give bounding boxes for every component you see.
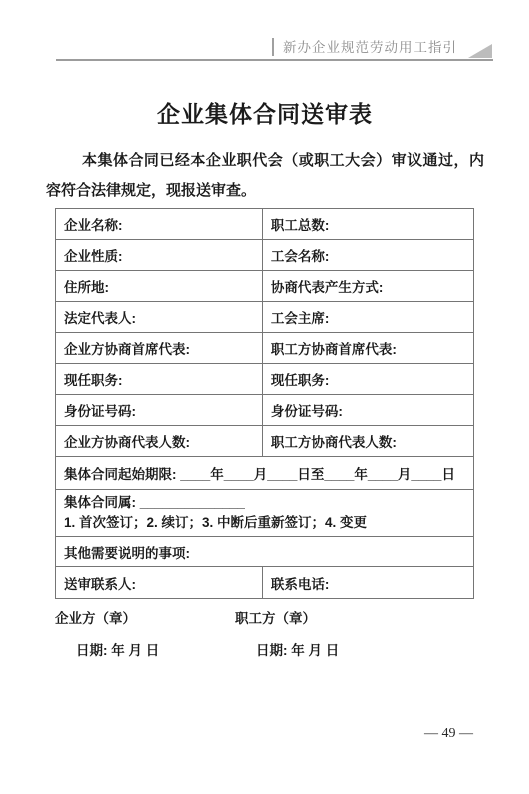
field-current-position-left: 现任职务: xyxy=(56,364,263,395)
field-address: 住所地: xyxy=(56,271,263,302)
page-header: 新办企业规范劳动用工指引 xyxy=(56,0,493,61)
signature-block: 企业方（章） 日期: 年 月 日 职工方（章） 日期: 年 月 日 xyxy=(55,607,475,659)
table-row: 现任职务: 现任职务: xyxy=(56,364,474,395)
company-date-label: 日期: 年 月 日 xyxy=(55,639,235,659)
field-employee-chief-rep: 职工方协商首席代表: xyxy=(262,333,473,364)
header-divider xyxy=(272,38,274,56)
table-row: 企业性质: 工会名称: xyxy=(56,240,474,271)
table-row: 企业方协商首席代表: 职工方协商首席代表: xyxy=(56,333,474,364)
employee-seal-label: 职工方（章） xyxy=(235,607,415,627)
employee-signature: 职工方（章） 日期: 年 月 日 xyxy=(235,607,415,659)
contract-type-blank: 集体合同属: ______________ xyxy=(64,493,465,513)
field-id-number-right: 身份证号码: xyxy=(262,395,473,426)
book-page: 新办企业规范劳动用工指引 企业集体合同送审表 本集体合同已经本企业职代会（或职工… xyxy=(0,0,529,794)
form-title: 企业集体合同送审表 xyxy=(46,96,484,129)
company-signature: 企业方（章） 日期: 年 月 日 xyxy=(55,607,235,659)
field-other-notes: 其他需要说明的事项: xyxy=(56,537,474,567)
field-current-position-right: 现任职务: xyxy=(262,364,473,395)
field-staff-total: 职工总数: xyxy=(262,209,473,240)
page-number: — 49 — xyxy=(424,726,473,742)
table-row: 企业方协商代表人数: 职工方协商代表人数: xyxy=(56,426,474,457)
table-row: 集体合同起始期限: ____年____月____日至____年____月____… xyxy=(56,457,474,490)
table-row: 住所地: 协商代表产生方式: xyxy=(56,271,474,302)
field-company-type: 企业性质: xyxy=(56,240,263,271)
table-row: 集体合同属: ______________ 1. 首次签订；2. 续订；3. 中… xyxy=(56,490,474,537)
table-row: 企业名称: 职工总数: xyxy=(56,209,474,240)
company-seal-label: 企业方（章） xyxy=(55,607,235,627)
field-id-number-left: 身份证号码: xyxy=(56,395,263,426)
field-contact-phone: 联系电话: xyxy=(262,567,473,599)
employee-date-label: 日期: 年 月 日 xyxy=(235,639,415,659)
table-row: 送审联系人: 联系电话: xyxy=(56,567,474,599)
field-union-chairman: 工会主席: xyxy=(262,302,473,333)
field-employee-rep-count: 职工方协商代表人数: xyxy=(262,426,473,457)
corner-triangle-icon xyxy=(467,43,493,59)
field-contract-type: 集体合同属: ______________ 1. 首次签订；2. 续订；3. 中… xyxy=(56,490,474,537)
table-row: 身份证号码: 身份证号码: xyxy=(56,395,474,426)
table-row: 法定代表人: 工会主席: xyxy=(56,302,474,333)
field-contact-person: 送审联系人: xyxy=(56,567,263,599)
field-rep-selection-method: 协商代表产生方式: xyxy=(262,271,473,302)
field-company-chief-rep: 企业方协商首席代表: xyxy=(56,333,263,364)
field-company-name: 企业名称: xyxy=(56,209,263,240)
form-table: 企业名称: 职工总数: 企业性质: 工会名称: 住所地: 协商代表产生方式: 法… xyxy=(55,208,474,599)
contract-type-options: 1. 首次签订；2. 续订；3. 中断后重新签订；4. 变更 xyxy=(64,513,465,533)
intro-paragraph: 本集体合同已经本企业职代会（或职工大会）审议通过，内容符合法律规定，现报送审查。 xyxy=(46,146,484,206)
field-contract-term: 集体合同起始期限: ____年____月____日至____年____月____… xyxy=(56,457,474,490)
header-title: 新办企业规范劳动用工指引 xyxy=(283,36,457,59)
field-company-rep-count: 企业方协商代表人数: xyxy=(56,426,263,457)
table-row: 其他需要说明的事项: xyxy=(56,537,474,567)
field-union-name: 工会名称: xyxy=(262,240,473,271)
field-legal-representative: 法定代表人: xyxy=(56,302,263,333)
